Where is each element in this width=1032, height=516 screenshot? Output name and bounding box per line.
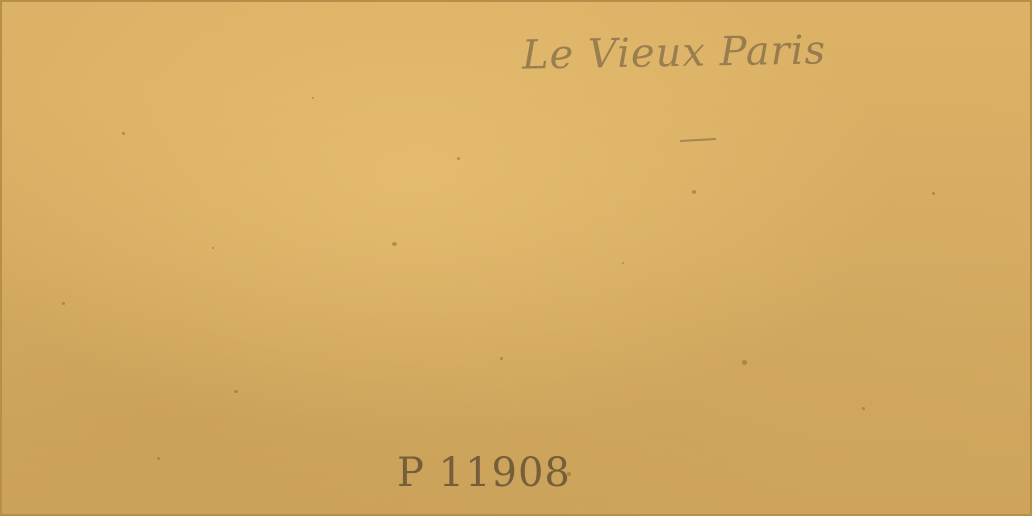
paper-speck xyxy=(457,157,460,160)
paper-speck xyxy=(62,302,65,305)
paper-speck xyxy=(122,132,125,135)
paper-speck xyxy=(742,360,747,365)
pencil-catalog-number: P 11908 xyxy=(397,450,571,496)
paper-speck xyxy=(157,457,160,460)
paper-speck xyxy=(862,407,865,410)
paper-speck xyxy=(234,390,238,393)
pencil-title-annotation: Le Vieux Paris xyxy=(522,27,827,78)
paper-speck xyxy=(932,192,935,195)
paper-speck xyxy=(692,190,696,194)
pencil-dash-mark xyxy=(680,138,716,142)
card-back: Le Vieux Paris P 11908 xyxy=(0,0,1032,516)
paper-speck xyxy=(312,97,314,99)
paper-speck xyxy=(212,247,214,249)
paper-speck xyxy=(392,242,397,246)
paper-speck xyxy=(500,357,503,360)
paper-speck xyxy=(622,262,624,264)
